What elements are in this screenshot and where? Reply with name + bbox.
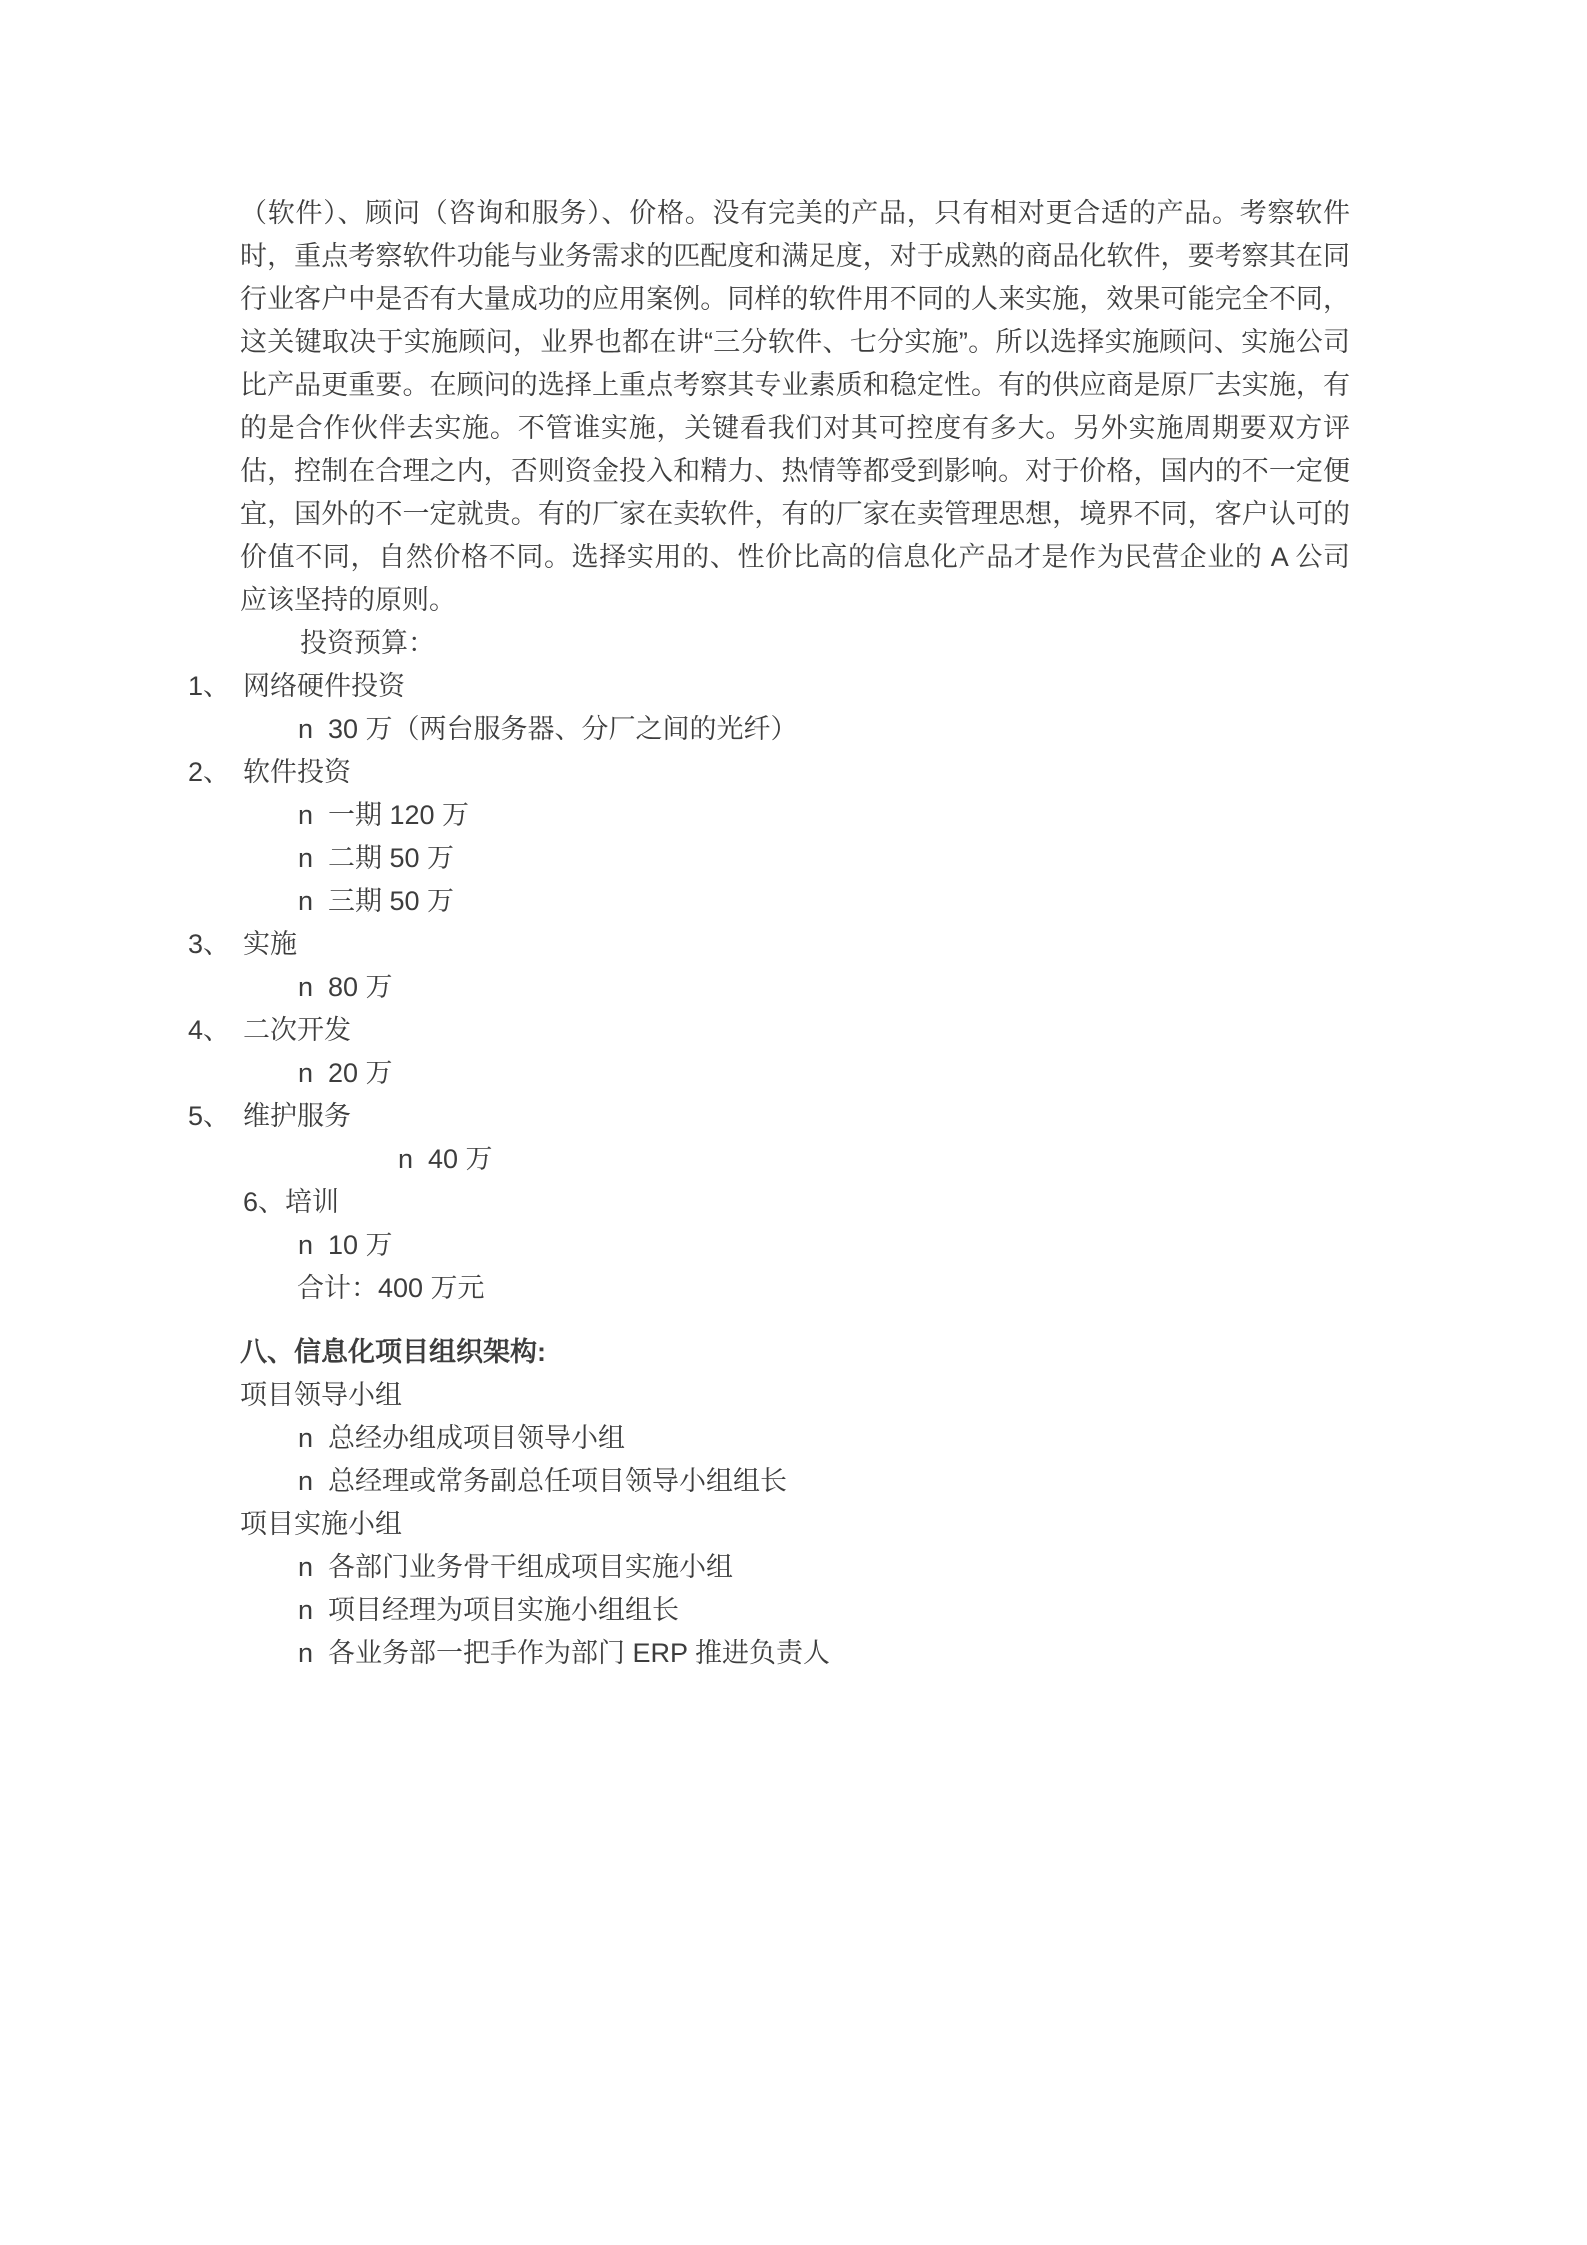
budget-item-1-bullet-1: n30 万（两台服务器、分厂之间的光纤） [0,708,1587,751]
budget-item-6: 6、培训 [0,1181,1587,1224]
budget-item-1-bullet-1-text: 30 万（两台服务器、分厂之间的光纤） [328,714,798,744]
budget-item-4-bullet-1: n20 万 [0,1052,1587,1095]
bullet-marker: n [298,708,328,751]
bullet-marker: n [298,966,328,1009]
budget-item-5-number: 5、 [188,1095,243,1138]
budget-section-heading: 投资预算： [0,622,1587,665]
budget-item-1-number: 1、 [188,665,243,708]
org-section-heading: 八、信息化项目组织架构: [0,1331,1587,1374]
bullet-marker: n [298,837,328,880]
budget-item-5-bullet-1: n40 万 [0,1138,1587,1181]
org-group-2-bullet-2-text: 项目经理为项目实施小组组长 [328,1595,679,1625]
bullet-marker: n [298,1589,328,1632]
budget-item-2-bullet-3: n三期 50 万 [0,880,1587,923]
budget-item-2-bullet-2: n二期 50 万 [0,837,1587,880]
bullet-marker: n [298,1224,328,1267]
budget-item-6-label: 培训 [285,1187,339,1217]
budget-item-6-bullet-1: n10 万 [0,1224,1587,1267]
budget-item-2-bullet-3-text: 三期 50 万 [328,886,454,916]
budget-item-4-label: 二次开发 [243,1015,351,1045]
org-group-1-bullet-1: n总经办组成项目领导小组 [0,1417,1587,1460]
budget-item-4-bullet-1-text: 20 万 [328,1058,393,1088]
budget-item-2-number: 2、 [188,751,243,794]
budget-item-2-bullet-1-text: 一期 120 万 [328,800,469,830]
bullet-marker: n [298,1052,328,1095]
budget-item-1-label: 网络硬件投资 [243,671,405,701]
budget-item-4-number: 4、 [188,1009,243,1052]
org-group-2-bullet-1-text: 各部门业务骨干组成项目实施小组 [328,1552,733,1582]
bullet-marker: n [298,1632,328,1675]
budget-item-2: 2、软件投资 [0,751,1587,794]
budget-item-6-number: 6、 [243,1181,285,1224]
budget-total: 合计：400 万元 [0,1267,1587,1310]
budget-item-5-bullet-1-text: 40 万 [428,1144,493,1174]
org-group-2-title: 项目实施小组 [0,1503,1587,1546]
org-group-1-bullet-2-text: 总经理或常务副总任项目领导小组组长 [328,1466,787,1496]
org-group-1-title: 项目领导小组 [0,1374,1587,1417]
budget-item-3-number: 3、 [188,923,243,966]
section-gap [0,1310,1587,1331]
bullet-marker: n [298,880,328,923]
budget-item-2-bullet-2-text: 二期 50 万 [328,843,454,873]
bullet-marker: n [398,1138,428,1181]
bullet-marker: n [298,1460,328,1503]
org-group-1-bullet-1-text: 总经办组成项目领导小组 [328,1423,625,1453]
org-group-1-bullet-2: n总经理或常务副总任项目领导小组组长 [0,1460,1587,1503]
budget-item-6-bullet-1-text: 10 万 [328,1230,393,1260]
budget-item-3-bullet-1: n80 万 [0,966,1587,1009]
intro-paragraph: （软件）、顾问（咨询和服务）、价格。没有完美的产品，只有相对更合适的产品。考察软… [240,192,1350,622]
budget-item-3-label: 实施 [243,929,297,959]
org-group-2-bullet-2: n项目经理为项目实施小组组长 [0,1589,1587,1632]
document-page: （软件）、顾问（咨询和服务）、价格。没有完美的产品，只有相对更合适的产品。考察软… [0,0,1587,2245]
org-group-2-bullet-3: n各业务部一把手作为部门 ERP 推进负责人 [0,1632,1587,1675]
bullet-marker: n [298,1417,328,1460]
org-group-2-bullet-1: n各部门业务骨干组成项目实施小组 [0,1546,1587,1589]
budget-item-1: 1、网络硬件投资 [0,665,1587,708]
budget-item-5: 5、维护服务 [0,1095,1587,1138]
bullet-marker: n [298,794,328,837]
budget-item-4: 4、二次开发 [0,1009,1587,1052]
budget-item-3-bullet-1-text: 80 万 [328,972,393,1002]
budget-item-2-bullet-1: n一期 120 万 [0,794,1587,837]
org-group-2-bullet-3-text: 各业务部一把手作为部门 ERP 推进负责人 [328,1638,830,1668]
budget-item-3: 3、实施 [0,923,1587,966]
budget-item-5-label: 维护服务 [243,1101,351,1131]
budget-item-2-label: 软件投资 [243,757,351,787]
bullet-marker: n [298,1546,328,1589]
